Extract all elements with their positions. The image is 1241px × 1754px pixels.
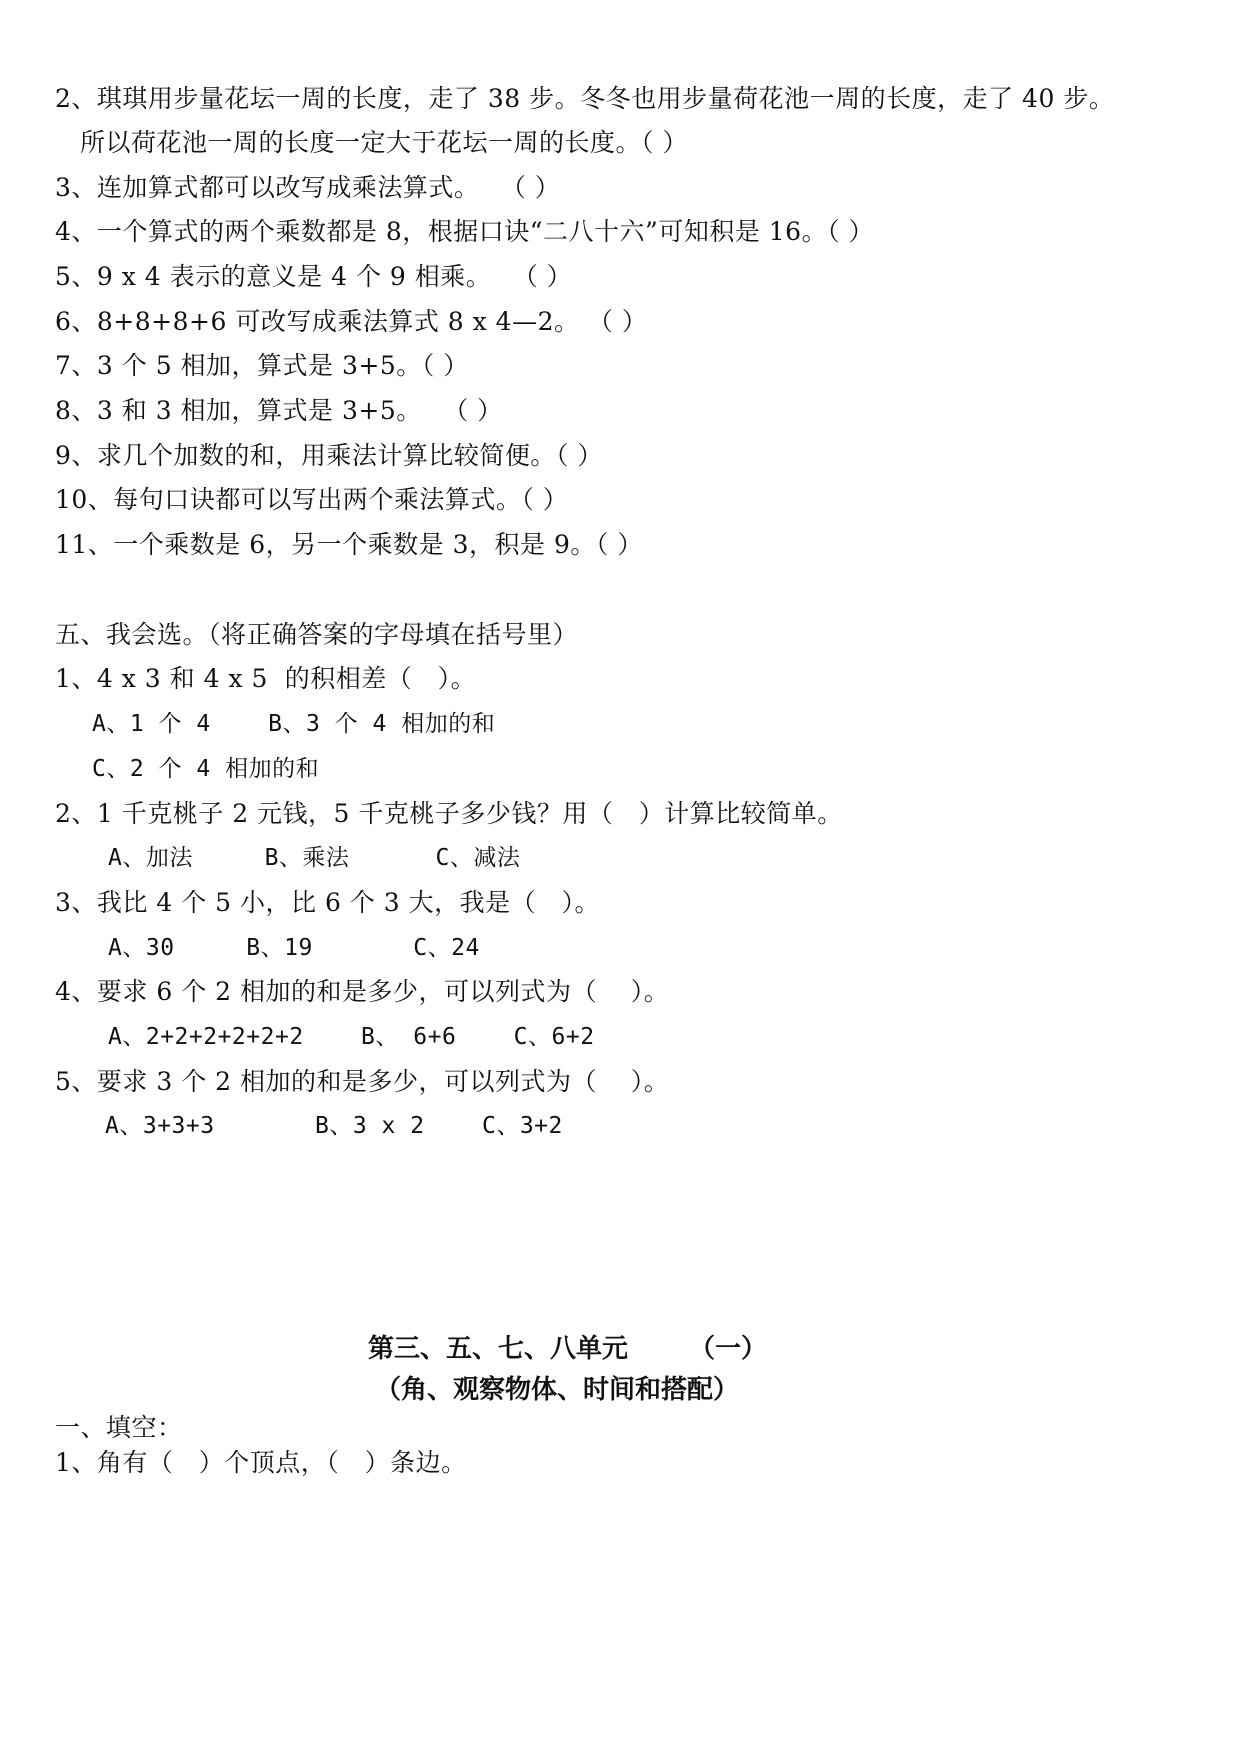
choice-question-3: 3、我比 4 个 5 小，比 6 个 3 大，我是（ ）。 [55,888,600,918]
question-7: 7、3 个 5 相加，算式是 3+5。（ ） [55,351,469,381]
unit-title: 第三、五、七、八单元 （一） [368,1333,767,1365]
question-8: 8、3 和 3 相加，算式是 3+5。 （ ） [55,396,503,426]
question-4: 4、一个算式的两个乘数都是 8，根据口诀“二八十六”可知积是 16。（ ） [55,217,874,247]
section-heading: 五、我会选。（将正确答案的字母填在括号里） [55,620,578,650]
choice-options-4: A、2+2+2+2+2+2 B、 6+6 C、6+2 [108,1022,595,1052]
choice-options-3: A、30 B、19 C、24 [108,933,480,963]
question-10: 10、每句口诀都可以写出两个乘法算式。（ ） [55,485,568,515]
question-11: 11、一个乘数是 6，另一个乘数是 3，积是 9。（ ） [55,530,643,560]
choice-question-4: 4、要求 6 个 2 相加的和是多少，可以列式为（ ）。 [55,977,669,1007]
question-6: 6、8+8+8+6 可改写成乘法算式 8 x 4—2。 （ ） [55,307,647,337]
fill-blank-heading: 一、填空： [55,1413,183,1443]
fill-blank-question-1: 1、角有（ ）个顶点，（ ）条边。 [55,1448,467,1478]
choice-options-2: A、加法 B、乘法 C、减法 [108,843,520,873]
question-5: 5、9 x 4 表示的意义是 4 个 9 相乘。 （ ） [55,262,572,292]
choice-question-5: 5、要求 3 个 2 相加的和是多少，可以列式为（ ）。 [55,1067,669,1097]
choice-question-1: 1、4 x 3 和 4 x 5 的积相差（ ）。 [55,664,476,694]
question-2-line-1: 2、琪琪用步量花坛一周的长度，走了 38 步。冬冬也用步量荷花池一周的长度，走了… [55,84,1114,114]
choice-options-1b: C、2 个 4 相加的和 [92,754,319,784]
choice-question-2: 2、1 千克桃子 2 元钱，5 千克桃子多少钱？用（ ）计算比较简单。 [55,799,843,829]
question-9: 9、求几个加数的和，用乘法计算比较简便。（ ） [55,441,603,471]
question-3: 3、连加算式都可以改写成乘法算式。 （ ） [55,173,560,203]
unit-subtitle: （角、观察物体、时间和搭配） [375,1374,739,1406]
question-2-line-2: 所以荷花池一周的长度一定大于花坛一周的长度。（ ） [80,128,688,158]
choice-options-1a: A、1 个 4 B、3 个 4 相加的和 [92,709,495,739]
choice-options-5: A、3+3+3 B、3 x 2 C、3+2 [105,1111,563,1141]
